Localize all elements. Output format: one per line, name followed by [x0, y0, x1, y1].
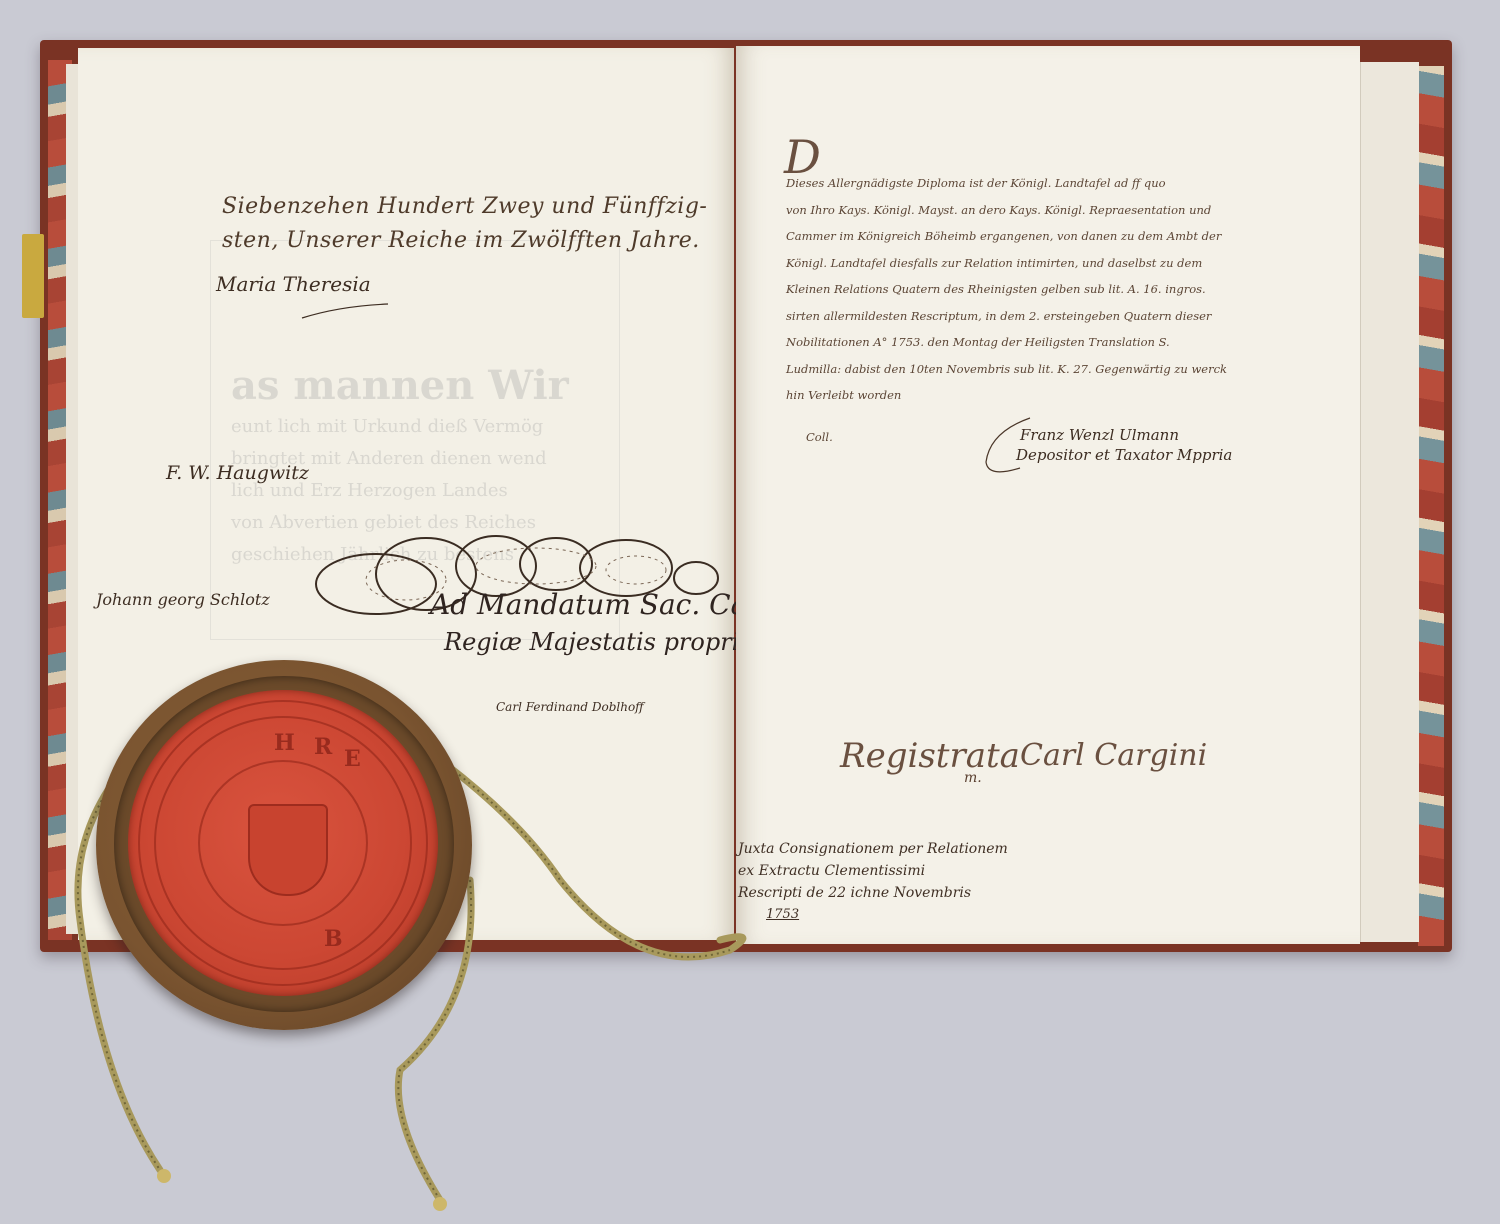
note-line: Königl. Landtafel diesfalls zur Relation… — [786, 250, 1286, 277]
page-stack-right — [1360, 62, 1419, 942]
closing-date-line-1: Siebenzehen Hundert Zwey und Fünffzig- — [222, 194, 707, 219]
note-line: Nobilitationen A° 1753. den Montag der H… — [786, 329, 1286, 356]
note-line: Ludmilla: dabist den 10ten Novembris sub… — [786, 356, 1286, 383]
registered-name: Carl Cargini — [1020, 738, 1207, 773]
collated-mark: Coll. — [806, 424, 833, 451]
seal-coat-of-arms-shield — [248, 804, 328, 896]
registration-note: Dieses Allergnädigste Diploma ist der Kö… — [786, 170, 1286, 409]
registrata-signature: Registrata — [840, 736, 1020, 776]
marbled-endpaper-right — [1418, 66, 1444, 946]
signature-haugwitz: F. W. Haugwitz — [166, 462, 309, 484]
relationem-line: Juxta Consignationem per Relationem — [738, 838, 1008, 860]
per-relationem-note: Juxta Consignationem per Relationem ex E… — [738, 838, 1008, 926]
note-line: Dieses Allergnädigste Diploma ist der Kö… — [786, 170, 1286, 197]
registered-suffix: m. — [964, 770, 982, 786]
relationem-line: Rescripti de 22 ichne Novembris — [738, 882, 1008, 904]
signature-registrar-line-2: Depositor et Taxator Mppria — [1016, 446, 1232, 464]
cord-tassel-end — [433, 1197, 447, 1211]
bleed-heading: as mannen Wir — [231, 361, 609, 411]
signature-clerk: Carl Ferdinand Doblhoff — [496, 700, 644, 714]
signature-secretary: Johann georg Schlotz — [96, 590, 270, 609]
relationem-year: 1753 — [738, 904, 1008, 926]
mandatum-line-2: Regiæ Majestatis proprium. — [444, 628, 785, 656]
seal-red-wax: H R E B — [128, 690, 438, 996]
signature-maria-theresia: Maria Theresia — [216, 272, 371, 296]
seal-legend-letter: B — [324, 926, 343, 952]
signature-registrar-line-1: Franz Wenzl Ulmann — [1020, 426, 1179, 444]
note-line: hin Verleibt worden — [786, 382, 1286, 409]
closing-date-line-2: sten, Unserer Reiche im Zwölfften Jahre. — [222, 228, 700, 253]
bleed-line: eunt lich mit Urkund dieß Vermög — [231, 411, 609, 443]
wax-seal: H R E B — [96, 660, 472, 1030]
registrar-flourish — [980, 412, 1040, 482]
relationem-line: ex Extractu Clementissimi — [738, 860, 1008, 882]
note-line: Kleinen Relations Quatern des Rheinigste… — [786, 276, 1286, 303]
signature-underline-flourish — [300, 300, 390, 322]
seal-legend-letter: E — [344, 746, 361, 772]
note-line: Cammer im Königreich Böheimb ergangenen,… — [786, 223, 1286, 250]
note-line: sirten allermildesten Rescriptum, in dem… — [786, 303, 1286, 330]
cord-tassel-end — [157, 1169, 171, 1183]
seal-legend-letter: H — [274, 730, 295, 756]
bookmark-ribbon — [22, 234, 44, 318]
note-line: von Ihro Kays. Königl. Mayst. an dero Ka… — [786, 197, 1286, 224]
seal-legend-letter: R — [314, 734, 332, 760]
